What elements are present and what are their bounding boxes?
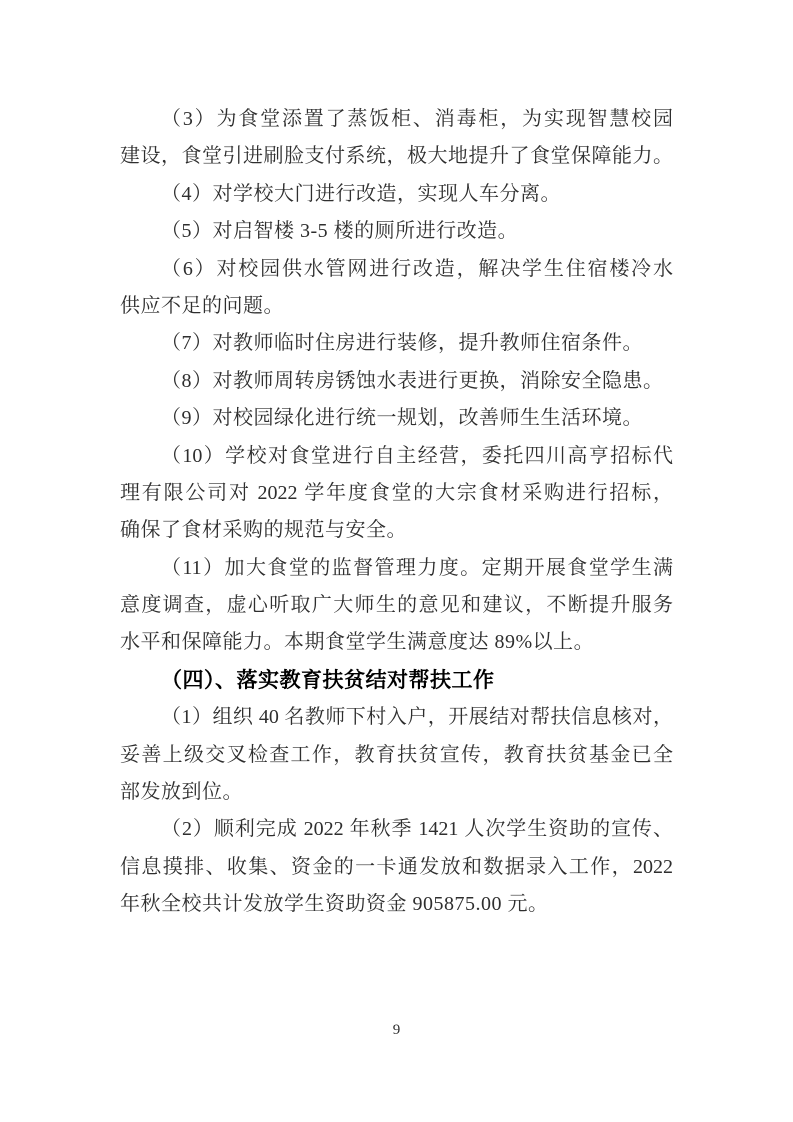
document-line: （5）对启智楼 3-5 楼的厕所进行改造。 [120,213,673,250]
document-line: （6）对校园供水管网进行改造，解决学生住宿楼冷水 [120,251,673,288]
document-line: （1）组织 40 名教师下村入户，开展结对帮扶信息核对， [120,699,673,736]
document-line: 部发放到位。 [120,774,673,811]
document-line: 妥善上级交叉检查工作，教育扶贫宣传，教育扶贫基金已全 [120,737,673,774]
page-number: 9 [0,1022,793,1039]
document-line: 理有限公司对 2022 学年度食堂的大宗食材采购进行招标， [120,475,673,512]
document-line: 年秋全校共计发放学生资助资金 905875.00 元。 [120,886,673,923]
document-line: 供应不足的问题。 [120,288,673,325]
document-line: （10）学校对食堂进行自主经营，委托四川高亨招标代 [120,438,673,475]
document-line: （3）为食堂添置了蒸饭柜、消毒柜，为实现智慧校园 [120,101,673,138]
document-line: 意度调查，虚心听取广大师生的意见和建议，不断提升服务 [120,587,673,624]
document-line: 确保了食材采购的规范与安全。 [120,512,673,549]
document-line: （11）加大食堂的监督管理力度。定期开展食堂学生满 [120,550,673,587]
document-line: 水平和保障能力。本期食堂学生满意度达 89%以上。 [120,624,673,661]
section-heading: （四）、落实教育扶贫结对帮扶工作 [120,662,673,699]
document-line: （8）对教师周转房锈蚀水表进行更换，消除安全隐患。 [120,363,673,400]
document-line: （9）对校园绿化进行统一规划，改善师生生活环境。 [120,400,673,437]
document-line: 信息摸排、收集、资金的一卡通发放和数据录入工作，2022 [120,849,673,886]
document-content: （3）为食堂添置了蒸饭柜、消毒柜，为实现智慧校园建设，食堂引进刷脸支付系统，极大… [120,101,673,924]
document-line: （2）顺利完成 2022 年秋季 1421 人次学生资助的宣传、 [120,811,673,848]
document-line: 建设，食堂引进刷脸支付系统，极大地提升了食堂保障能力。 [120,138,673,175]
document-page: （3）为食堂添置了蒸饭柜、消毒柜，为实现智慧校园建设，食堂引进刷脸支付系统，极大… [0,0,793,1122]
document-line: （4）对学校大门进行改造，实现人车分离。 [120,176,673,213]
document-line: （7）对教师临时住房进行装修，提升教师住宿条件。 [120,325,673,362]
